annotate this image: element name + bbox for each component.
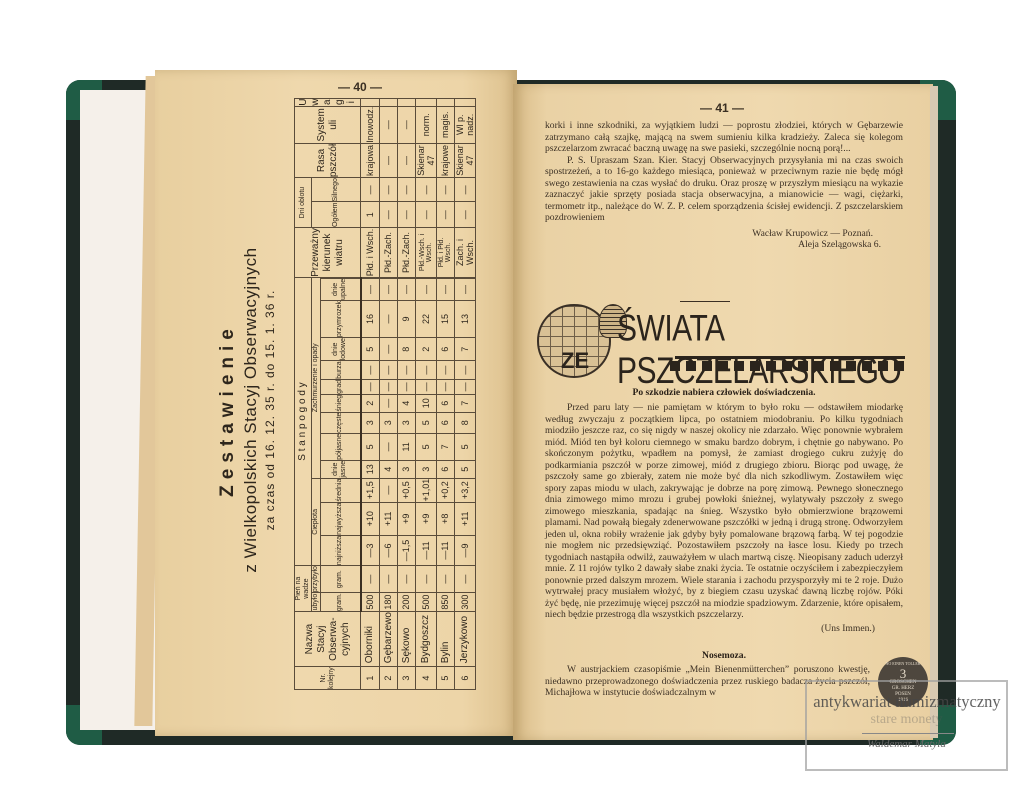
cell-gain: —	[397, 566, 415, 593]
cell-strong: —	[415, 178, 436, 202]
cell-clear: 3	[397, 460, 415, 478]
col-frost: przymrozek	[321, 300, 361, 337]
cell-wind: Płd.-Wsch. i Wsch.	[415, 228, 436, 278]
masthead-title: ŚWIATA PSZCZELARSKIEGO	[617, 308, 915, 393]
masthead-ze: ZE	[561, 348, 589, 374]
cell-min: —3	[361, 535, 380, 565]
cell-race: —	[379, 143, 397, 177]
table-row: 2 Gębarzewo 180 — —6 +11 — 4 — 3 — — — —…	[379, 98, 397, 689]
cell-notes	[397, 98, 415, 106]
col-storm: burza	[321, 361, 361, 380]
article-body-block: Przed paru laty — nie pamiętam w którym …	[545, 402, 903, 634]
cell-hail: —	[436, 379, 454, 394]
cell-hail: —	[379, 379, 397, 394]
cell-frost: 16	[361, 300, 380, 337]
cell-spacer	[379, 277, 397, 278]
masthead-rule	[675, 356, 905, 359]
col-min: najniższa	[321, 535, 361, 565]
cell-half: 5	[454, 433, 475, 460]
cell-notes	[436, 98, 454, 106]
col-race: Rasa pszczół	[295, 143, 361, 177]
col-max: najwyższa	[321, 502, 361, 535]
cell-cloudy: 3	[379, 412, 397, 433]
table-title: Zestawienie	[216, 110, 240, 710]
col-nr: Nr. kolejny	[295, 667, 361, 690]
cell-storm: —	[454, 361, 475, 380]
cell-strong: —	[397, 178, 415, 202]
cell-strong: —	[379, 178, 397, 202]
cell-total: —	[415, 202, 436, 228]
cell-spacer	[397, 277, 415, 278]
cell-notes	[415, 98, 436, 106]
cell-cloudy: 8	[454, 412, 475, 433]
table-subtitle: z Wielkopolskich Stacyj Obserwacyjnych	[240, 110, 262, 710]
cell-ice: 6	[436, 338, 454, 361]
article-title: Po szkodzie nabiera człowiek doświadczen…	[545, 387, 903, 398]
table-period: za czas od 16. 12. 35 r. do 15. 1. 36 r.	[262, 110, 278, 710]
cell-hail: —	[361, 379, 380, 394]
cell-nr: 2	[379, 667, 397, 690]
section-masthead: ZE ŚWIATA PSZCZELARSKIEGO	[535, 300, 915, 385]
cell-loss: 300	[454, 593, 475, 612]
cell-max: +10	[361, 502, 380, 535]
cell-max: +11	[379, 502, 397, 535]
cell-ice: 2	[415, 338, 436, 361]
watermark: antykwariat numizmatyczny stare monety W…	[805, 680, 1008, 771]
cell-frost: —	[379, 300, 397, 337]
col-notes: U w a g i	[295, 98, 361, 106]
cell-wind: Płd. i Płd. Wsch.	[436, 228, 454, 278]
cell-cloudy: 3	[361, 412, 380, 433]
watermark-rule	[862, 733, 954, 734]
col-hive-weight: Pień na wadze	[295, 566, 312, 612]
cell-gain: —	[454, 566, 475, 593]
cell-total: —	[397, 202, 415, 228]
page-edge	[930, 86, 938, 738]
cell-frost: 15	[436, 300, 454, 337]
article-body: Przed paru laty — nie pamiętam w którym …	[545, 402, 903, 621]
cell-system: Inowodz.	[361, 106, 380, 143]
observation-summary: Zestawienie z Wielkopolskich Stacyj Obse…	[216, 110, 516, 710]
table-row: 4 Bydgoszcz 500 — —11 +9 +1,01 3 5 5 10 …	[415, 98, 436, 689]
col-clear: dnie jasne	[321, 460, 361, 478]
cell-wind: Płd.-Zach.	[397, 228, 415, 278]
cell-hot: —	[436, 278, 454, 300]
cell-strong: —	[436, 178, 454, 202]
cell-min: —1,5	[397, 535, 415, 565]
cell-system: —	[397, 106, 415, 143]
paragraph: korki i inne szkodniki, za wyjątkiem lud…	[545, 120, 903, 155]
paragraph-postscript: P. S. Upraszam Szan. Kier. Stacyj Obserw…	[545, 155, 903, 224]
cell-station: Bylin	[436, 612, 454, 667]
cell-storm: —	[379, 361, 397, 380]
cell-frost: 22	[415, 300, 436, 337]
masthead-sawtooth	[670, 361, 905, 371]
col-hail: grad	[321, 379, 361, 394]
cell-race: Skienar 47	[454, 143, 475, 177]
cell-hail: —	[454, 379, 475, 394]
cell-cloudy: 5	[415, 412, 436, 433]
cell-min: —9	[454, 535, 475, 565]
cell-loss: 500	[415, 593, 436, 612]
col-system: System uli	[295, 106, 361, 143]
cell-snow: —	[379, 394, 397, 412]
cell-clear: 4	[379, 460, 397, 478]
cell-storm: —	[397, 361, 415, 380]
cell-min: —11	[415, 535, 436, 565]
cell-strong: —	[361, 178, 380, 202]
col-gain: przybyło	[312, 566, 321, 593]
col-ice: dnie lodowe	[321, 338, 361, 361]
col-hot: dnie upalne	[321, 278, 361, 300]
table-row: 5 Bylin 850 — —11 +8 +0,2 6 7 6 6 — — 6 …	[436, 98, 454, 689]
cell-snow: 2	[361, 394, 380, 412]
cell-notes	[379, 98, 397, 106]
cell-max: +9	[397, 502, 415, 535]
cell-nr: 5	[436, 667, 454, 690]
cell-snow: 10	[415, 394, 436, 412]
cell-clear: 3	[415, 460, 436, 478]
cell-avg: +3,2	[454, 478, 475, 502]
cell-spacer	[415, 277, 436, 278]
col-avg: średnia	[321, 478, 361, 502]
cell-half: 11	[397, 433, 415, 460]
col-weather: S t a n p o g o d y	[295, 277, 312, 565]
cell-cloudy: 3	[397, 412, 415, 433]
cell-nr: 3	[397, 667, 415, 690]
cell-half: 5	[361, 433, 380, 460]
watermark-line2: stare monety	[807, 712, 1006, 728]
signature-address: Aleja Szelągowska 6.	[545, 239, 903, 251]
cell-storm: —	[415, 361, 436, 380]
cell-ice: 8	[397, 338, 415, 361]
cell-spacer	[436, 277, 454, 278]
cell-station: Bydgoszcz	[415, 612, 436, 667]
signature-name: Wacław Krupowicz — Poznań.	[545, 228, 903, 240]
cell-ice: 7	[454, 338, 475, 361]
cell-half: 5	[415, 433, 436, 460]
col-flight-days: Dni oblotu	[295, 178, 312, 228]
cell-total: 1	[361, 202, 380, 228]
cell-wind: Zach. i Wsch.	[454, 228, 475, 278]
cell-snow: 4	[397, 394, 415, 412]
col-cloudy: częste	[321, 412, 361, 433]
cell-notes	[361, 98, 380, 106]
cell-hot: —	[415, 278, 436, 300]
col-strong: Silnego	[312, 178, 361, 202]
cell-station: Oborniki	[361, 612, 380, 667]
col-name: Nazwa Stacyj Obserwa-cyjnych	[295, 612, 361, 667]
col-half: półjasne	[321, 433, 361, 460]
cell-system: norm.	[415, 106, 436, 143]
cell-system: magis.	[436, 106, 454, 143]
col-heat: Ciepłota	[312, 478, 321, 565]
cell-nr: 6	[454, 667, 475, 690]
cell-wind: Płd. i Wsch.	[361, 228, 380, 278]
cell-hail: —	[397, 379, 415, 394]
cell-nr: 1	[361, 667, 380, 690]
article-source: (Uns Immen.)	[545, 623, 903, 635]
cell-station: Sękowo	[397, 612, 415, 667]
cell-avg: —	[379, 478, 397, 502]
cell-snow: 7	[454, 394, 475, 412]
cell-race: krajowe	[436, 143, 454, 177]
cell-clear: 13	[361, 460, 380, 478]
cell-frost: 9	[397, 300, 415, 337]
cell-strong: —	[454, 178, 475, 202]
cell-total: —	[379, 202, 397, 228]
cell-hot: —	[454, 278, 475, 300]
table-title-block: Zestawienie z Wielkopolskich Stacyj Obse…	[216, 110, 286, 710]
cell-storm: —	[361, 361, 380, 380]
cell-loss: 500	[361, 593, 380, 612]
cell-total: —	[436, 202, 454, 228]
cell-gain: —	[436, 566, 454, 593]
cell-snow: 6	[436, 394, 454, 412]
cell-clear: 5	[454, 460, 475, 478]
watermark-line1: antykwariat numizmatyczny	[801, 692, 1013, 712]
cell-ice: 5	[361, 338, 380, 361]
cell-half: 7	[436, 433, 454, 460]
cell-nr: 4	[415, 667, 436, 690]
col-gram-gain: gram.	[321, 566, 361, 593]
cell-half: —	[379, 433, 397, 460]
cell-clear: 6	[436, 460, 454, 478]
cell-race: —	[397, 143, 415, 177]
cell-min: —6	[379, 535, 397, 565]
cell-gain: —	[415, 566, 436, 593]
cell-hail: —	[415, 379, 436, 394]
cell-frost: 13	[454, 300, 475, 337]
cell-hot: —	[379, 278, 397, 300]
col-total: Ogółem	[312, 202, 361, 228]
cell-hot: —	[397, 278, 415, 300]
col-wind: Przeważny kierunek wiatru	[295, 228, 361, 278]
cell-spacer	[361, 277, 380, 278]
letter-text: korki i inne szkodniki, za wyjątkiem lud…	[545, 120, 903, 251]
cell-wind: Płd.-Zach.	[379, 228, 397, 278]
watermark-line3: Waldemar Matyla	[807, 738, 1006, 750]
cell-avg: +0,5	[397, 478, 415, 502]
col-snow: śnieg	[321, 394, 361, 412]
cell-station: Jerzykowo	[454, 612, 475, 667]
cell-max: +11	[454, 502, 475, 535]
cell-spacer	[454, 277, 475, 278]
cell-avg: +1,5	[361, 478, 380, 502]
col-loss: ubyło	[312, 593, 321, 612]
cell-hot: —	[361, 278, 380, 300]
coin-value: 3	[878, 667, 928, 680]
page-number-left: — 40 —	[338, 80, 382, 94]
table-row: 3 Sękowo 200 — —1,5 +9 +0,5 3 11 3 4 — —…	[397, 98, 415, 689]
table-row: 6 Jerzykowo 300 — —9 +11 +3,2 5 5 8 7 — …	[454, 98, 475, 689]
cell-loss: 200	[397, 593, 415, 612]
cell-race: krajowa	[361, 143, 380, 177]
col-clouds: Zachmurzenie i opady	[312, 277, 321, 478]
cell-race: Skienar 47	[415, 143, 436, 177]
cell-loss: 180	[379, 593, 397, 612]
cell-system: —	[379, 106, 397, 143]
cell-storm: —	[436, 361, 454, 380]
cell-min: —11	[436, 535, 454, 565]
cell-cloudy: 6	[436, 412, 454, 433]
cell-total: —	[454, 202, 475, 228]
cell-loss: 850	[436, 593, 454, 612]
table-row: 1 Oborniki 500 — —3 +10 +1,5 13 5 3 2 — …	[361, 98, 380, 689]
cell-station: Gębarzewo	[379, 612, 397, 667]
section-title-nosemoza: Nosemoza.	[545, 650, 903, 661]
cell-avg: +0,2	[436, 478, 454, 502]
cell-system: Wl p. nadz.	[454, 106, 475, 143]
cell-max: +8	[436, 502, 454, 535]
cell-avg: +1,01	[415, 478, 436, 502]
observation-table: Nr. kolejny Nazwa Stacyj Obserwa-cyjnych…	[294, 98, 476, 690]
cell-gain: —	[379, 566, 397, 593]
cell-max: +9	[415, 502, 436, 535]
cell-notes	[454, 98, 475, 106]
cell-ice: —	[379, 338, 397, 361]
cell-gain: —	[361, 566, 380, 593]
page-number-right: — 41 —	[700, 101, 744, 115]
col-gram-loss: gram.	[321, 593, 361, 612]
